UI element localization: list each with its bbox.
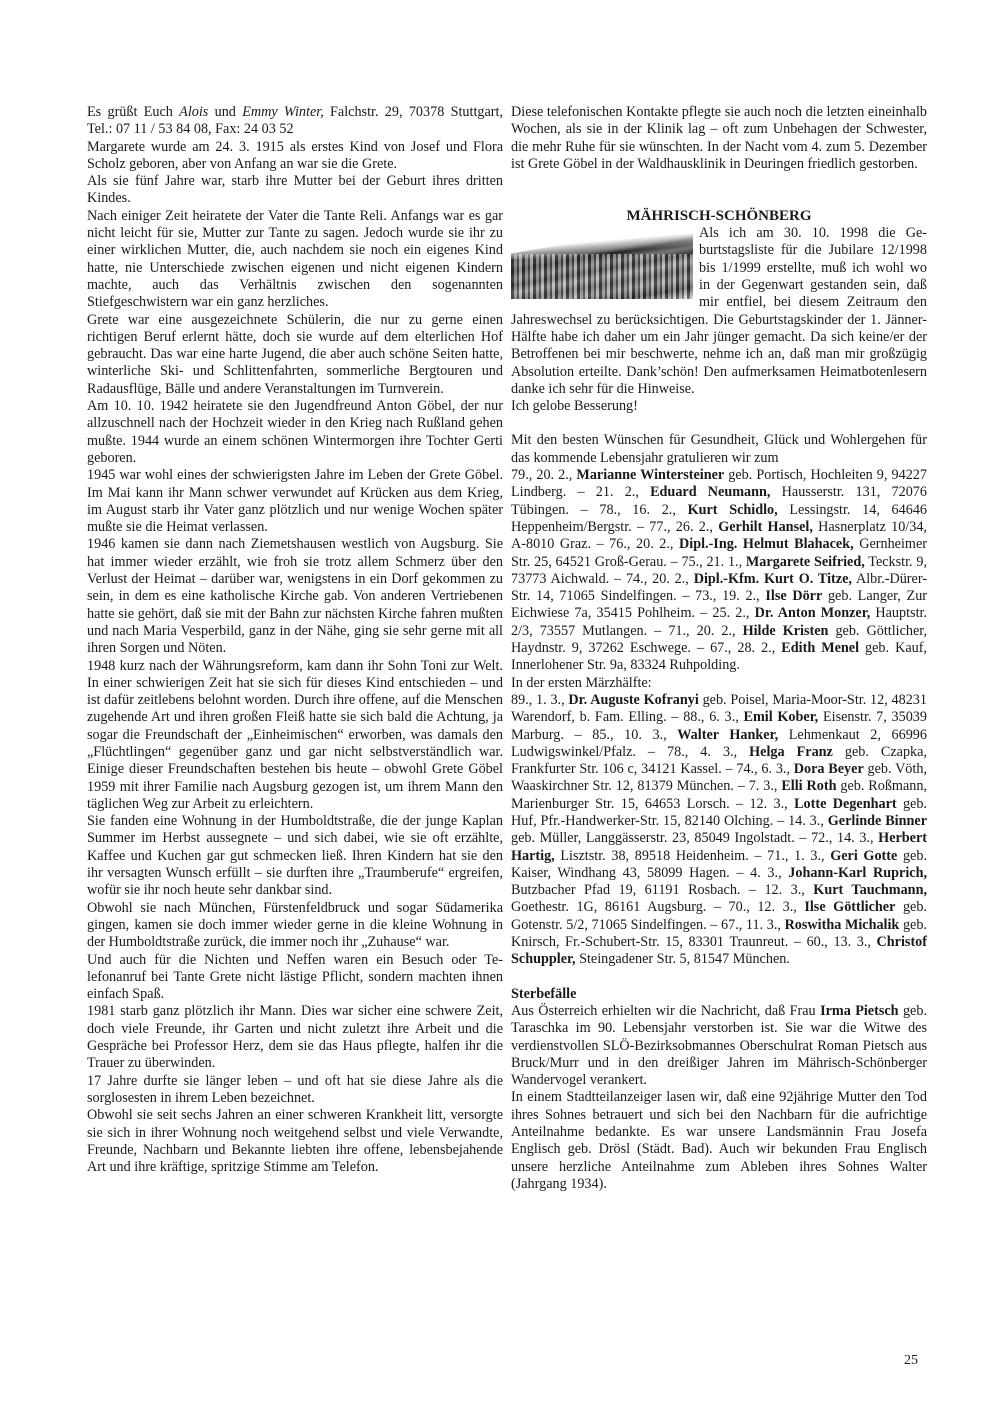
- jubilee-name: Gerlinde Binner: [828, 813, 927, 829]
- jubilee-name: Lotte Degenhart: [794, 796, 897, 812]
- jubilee-name: Walter Hanker,: [677, 727, 778, 743]
- jubilee-name: Dr. Anton Monzer,: [755, 605, 871, 621]
- entry-address: Stein­gadener Str. 5, 81547 München.: [576, 951, 790, 967]
- paragraph: Am 10. 10. 1942 heiratete sie den Jugend…: [87, 398, 503, 467]
- paragraph: 17 Jahre durfte sie länger leben – und o…: [87, 1073, 503, 1108]
- author-name-alois: Alois: [179, 104, 208, 120]
- greeting-text: und: [208, 104, 242, 120]
- landscape-photo: [511, 231, 693, 299]
- jubilee-name: Gerhilt Hansel,: [718, 519, 813, 535]
- jubilee-name: Ilse Dörr: [765, 588, 822, 604]
- jubilee-name: Eduard Neumann,: [650, 484, 770, 500]
- spacer: [511, 969, 927, 986]
- paragraph: 1981 starb ganz plötzlich ihr Mann. Dies…: [87, 1003, 503, 1072]
- march-label: In der ersten Märzhälfte:: [511, 675, 927, 692]
- jubilee-name: Johann-Karl Ruprich,: [788, 865, 927, 881]
- paragraph: Als sie fünf Jahre war, starb ihre Mutte…: [87, 173, 503, 208]
- paragraph: Und auch für die Nichten und Neffen ware…: [87, 952, 503, 1004]
- paragraph: 1945 war wohl eines der schwierigsten Ja…: [87, 467, 503, 536]
- birthday-list-february: 79., 20. 2., Marianne Wintersteiner geb.…: [511, 467, 927, 675]
- entry-address: geb. Müller, Langgässerstr. 23, 85049 In…: [511, 830, 878, 846]
- jubilee-name: Marianne Wintersteiner: [576, 467, 724, 483]
- jubilee-name: Dora Beyer: [794, 761, 864, 777]
- birthday-list-march: 89., 1. 3., Dr. Auguste Kofranyi geb. Po…: [511, 692, 927, 969]
- left-column: Es grüßt Euch Alois und Emmy Winter, Fal…: [87, 104, 503, 1176]
- jubilee-name: Roswitha Michalik: [785, 917, 900, 933]
- jubilee-name: Kurt Tauchmann,: [813, 882, 927, 898]
- section-closing: Ich gelobe Besserung!: [511, 398, 927, 415]
- deaths-paragraph: Aus Österreich erhielten wir die Nachric…: [511, 1003, 927, 1089]
- jubilee-name: Dipl.-Kfm. Kurt O. Titze,: [694, 571, 852, 587]
- jubilee-name: Dipl.-Ing. Helmut Blahacek,: [679, 536, 854, 552]
- paragraph: Obwohl sie nach München, Fürstenfeldbruc…: [87, 900, 503, 952]
- intro-paragraph: Diese telefonischen Kontakte pflegte sie…: [511, 104, 927, 173]
- paragraph: 1946 kamen sie dann nach Ziemetshausen w…: [87, 536, 503, 657]
- greeting-text: Es grüßt Euch: [87, 104, 179, 120]
- deaths-heading: Sterbefälle: [511, 986, 927, 1003]
- spacer: [511, 173, 927, 207]
- jubilee-name: Elli Roth: [781, 778, 836, 794]
- jubilee-name: Edith Menel: [781, 640, 859, 656]
- paragraph: Obwohl sie seit sechs Jahren an einer sc…: [87, 1107, 503, 1176]
- page-number: 25: [904, 1353, 918, 1369]
- birthdays-intro: Mit den besten Wünschen für Gesundheit, …: [511, 432, 927, 467]
- deaths-paragraph: In einem Stadtteilanzeiger lasen wir, da…: [511, 1089, 927, 1193]
- spacer: [511, 415, 927, 432]
- deaths-text: Aus Österreich erhielten wir die Nachric…: [511, 1003, 820, 1019]
- greeting-paragraph: Es grüßt Euch Alois und Emmy Winter, Fal…: [87, 104, 503, 139]
- jubilee-name: Dr. Auguste Kofranyi: [568, 692, 698, 708]
- right-column: Diese telefonischen Kontakte pflegte sie…: [511, 104, 927, 1193]
- entry-address: Lisztstr. 38, 89518 Heidenheim. – 71., 1…: [555, 848, 830, 864]
- jubilee-name: Geri Gotte: [830, 848, 897, 864]
- jubilee-name: Hilde Kristen: [743, 623, 829, 639]
- author-name-emmy: Emmy Winter,: [242, 104, 324, 120]
- paragraph: Grete war eine ausgezeichnete Schülerin,…: [87, 312, 503, 398]
- paragraph: Nach einiger Zeit heiratete der Vater di…: [87, 208, 503, 312]
- entry-text: 89., 1. 3.,: [511, 692, 568, 708]
- paragraph: 1948 kurz nach der Währungsreform, kam d…: [87, 658, 503, 814]
- jubilee-name: Kurt Schidlo,: [688, 502, 778, 518]
- jubilee-name: Emil Kober,: [743, 709, 818, 725]
- jubilee-name: Helga Franz: [749, 744, 833, 760]
- paragraph: Sie fanden eine Wohnung in der Humboldts…: [87, 813, 503, 899]
- deceased-name: Irma Pietsch: [820, 1003, 898, 1019]
- paragraph: Margarete wurde am 24. 3. 1915 als erste…: [87, 139, 503, 174]
- entry-address: Goethestr. 1G, 86161 Augsburg. – 70., 12…: [511, 899, 804, 915]
- entry-address: Butzbacher Pfad 19, 61191 Rosbach. – 12.…: [511, 882, 813, 898]
- entry-text: 79., 20. 2.,: [511, 467, 576, 483]
- jubilee-name: Margarete Seifried,: [746, 554, 865, 570]
- jubilee-name: Ilse Göttlicher: [804, 899, 895, 915]
- section-heading: MÄHRISCH-SCHÖNBERG: [511, 207, 927, 225]
